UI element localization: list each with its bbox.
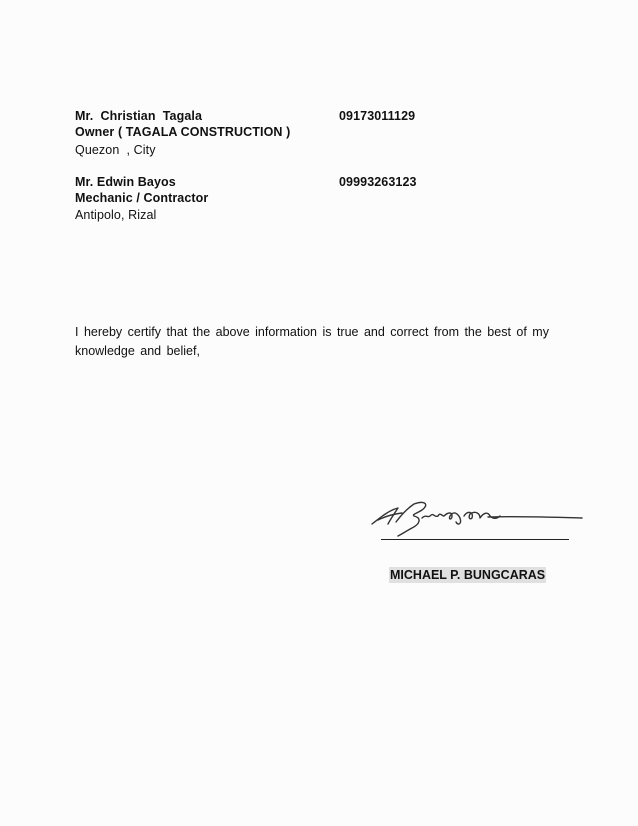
reference-2-role: Mechanic / Contractor <box>75 190 208 206</box>
signer-name: MICHAEL P. BUNGCARAS <box>389 567 546 583</box>
reference-2-address: Antipolo, Rizal <box>75 207 156 223</box>
signature-icon <box>368 498 588 538</box>
reference-1-name: Mr. Christian Tagala <box>75 108 202 124</box>
reference-2-name: Mr. Edwin Bayos <box>75 174 176 190</box>
document-page: Mr. Christian Tagala 09173011129 Owner (… <box>0 0 638 826</box>
reference-1-phone: 09173011129 <box>339 108 415 124</box>
reference-2-phone: 09993263123 <box>339 174 417 190</box>
certification-statement: I hereby certify that the above informat… <box>75 323 555 361</box>
reference-1-role: Owner ( TAGALA CONSTRUCTION ) <box>75 124 290 140</box>
signature-line <box>381 539 569 540</box>
reference-1-address: Quezon , City <box>75 142 156 158</box>
